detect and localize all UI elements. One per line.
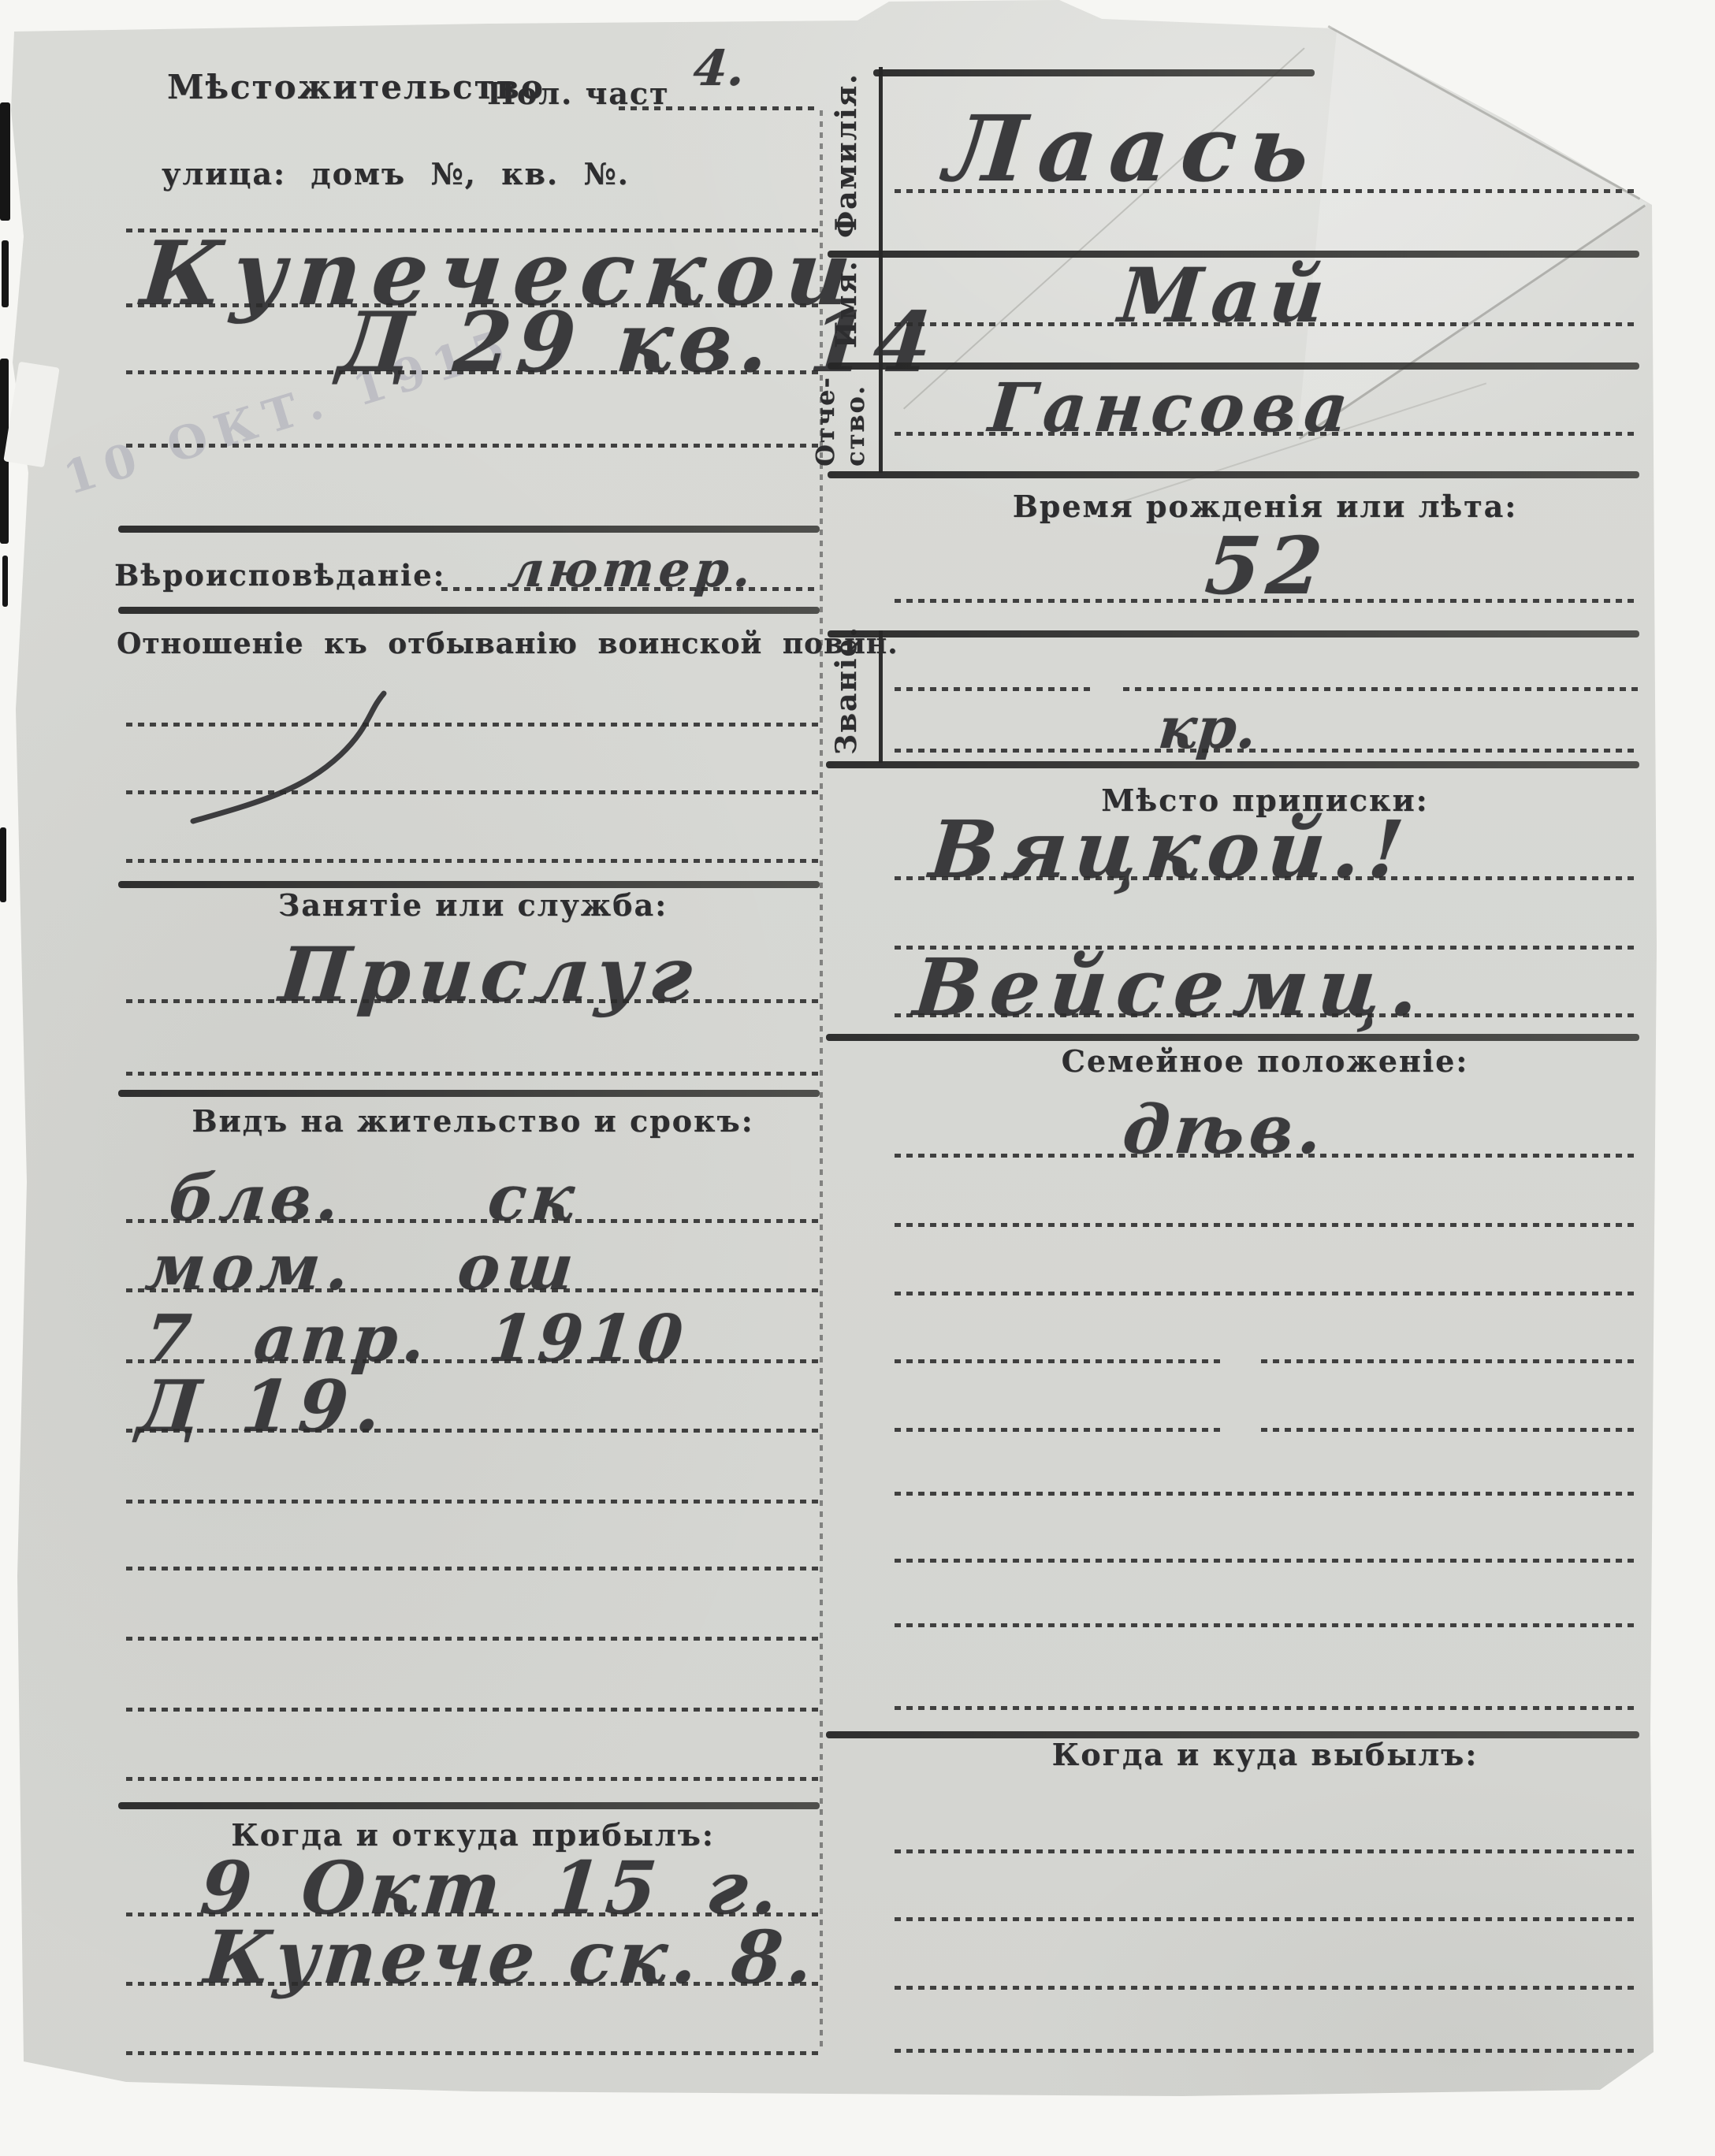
section-divider-line <box>828 630 1639 638</box>
section-divider-line <box>118 526 820 533</box>
ruled-line <box>126 444 820 448</box>
ruled-line <box>895 1428 1226 1432</box>
departure-label: Когда и куда выбылъ: <box>891 1737 1639 1772</box>
ruled-line <box>895 1706 1639 1710</box>
ruled-line <box>895 1623 1639 1627</box>
ruled-line <box>895 1154 1639 1158</box>
family-status-label: Семейное положеніе: <box>891 1043 1639 1079</box>
section-divider-line <box>826 1034 1639 1041</box>
section-divider-line <box>826 761 1639 768</box>
age-label: Время рожденія или лѣта: <box>891 489 1639 524</box>
ruled-line <box>126 1982 820 1986</box>
ruled-line <box>619 106 816 110</box>
ruled-line <box>126 1637 820 1641</box>
section-divider-line <box>828 362 1639 370</box>
ruled-line <box>895 2049 1639 2053</box>
ruled-line <box>895 1986 1639 1990</box>
ruled-line <box>126 859 820 863</box>
patronymic-label: Отче- ство. <box>810 376 870 467</box>
ruled-line <box>895 189 1639 193</box>
registration-card-scan: 10 ОКТ. 1915 Мѣстожительство Пол. част 4… <box>0 0 1715 2156</box>
rank-label: Званіе. <box>831 626 862 755</box>
section-divider-line <box>118 1802 820 1809</box>
surname-value: Лаась <box>942 104 1326 195</box>
ruled-line <box>895 1223 1639 1227</box>
ruled-line <box>126 1072 820 1076</box>
section-divider-line <box>826 1731 1639 1738</box>
age-value: 52 <box>1203 526 1332 605</box>
registration-label: Мѣсто приписки: <box>891 782 1639 818</box>
ruled-line <box>895 1292 1639 1295</box>
section-divider-line <box>828 251 1639 258</box>
ruled-line <box>126 999 820 1003</box>
ruled-line <box>895 599 1639 603</box>
ruled-line <box>126 1359 820 1363</box>
section-divider-line <box>118 881 820 888</box>
ruled-line <box>895 1917 1639 1921</box>
ruled-line <box>126 303 820 307</box>
ruled-line <box>126 1777 820 1781</box>
ruled-line <box>126 1288 820 1292</box>
ruled-line <box>126 1500 820 1504</box>
section-divider-line <box>118 1090 820 1097</box>
ruled-line <box>126 1913 820 1916</box>
section-divider-line <box>118 607 820 614</box>
ruled-line <box>895 432 1639 436</box>
ruled-line <box>895 687 1096 691</box>
ruled-line <box>126 370 820 374</box>
ruled-line <box>126 1708 820 1712</box>
ruled-line <box>126 1429 820 1433</box>
ruled-line <box>126 229 820 232</box>
ruled-line <box>895 1013 1639 1017</box>
ruled-line <box>126 790 820 794</box>
name-label: Имя. <box>831 260 862 348</box>
ruled-line <box>895 946 1639 950</box>
ruled-line <box>126 1219 820 1223</box>
table-top-rule <box>873 69 1315 76</box>
ruled-line <box>126 723 820 727</box>
permit-label: Видъ на жительство и срокъ: <box>118 1103 828 1139</box>
occupation-label: Занятіе или служба: <box>118 887 828 923</box>
ruled-line <box>895 1559 1639 1563</box>
ruled-line <box>895 1359 1226 1363</box>
table-vertical-rule <box>879 67 883 473</box>
ruled-line <box>441 587 820 591</box>
ruled-line <box>895 1849 1639 1853</box>
table-vertical-rule <box>879 630 883 763</box>
ruled-line <box>126 2051 820 2055</box>
ruled-line <box>895 749 1639 753</box>
section-divider-line <box>828 471 1639 478</box>
ruled-line <box>895 876 1639 880</box>
ruled-line <box>895 1492 1639 1496</box>
ruled-line <box>1261 1428 1639 1432</box>
ruled-line <box>1261 1359 1639 1363</box>
ruled-line <box>895 322 1639 326</box>
ruled-line <box>126 1567 820 1571</box>
ruled-line <box>1123 687 1639 691</box>
surname-label: Фамилія. <box>831 72 862 238</box>
